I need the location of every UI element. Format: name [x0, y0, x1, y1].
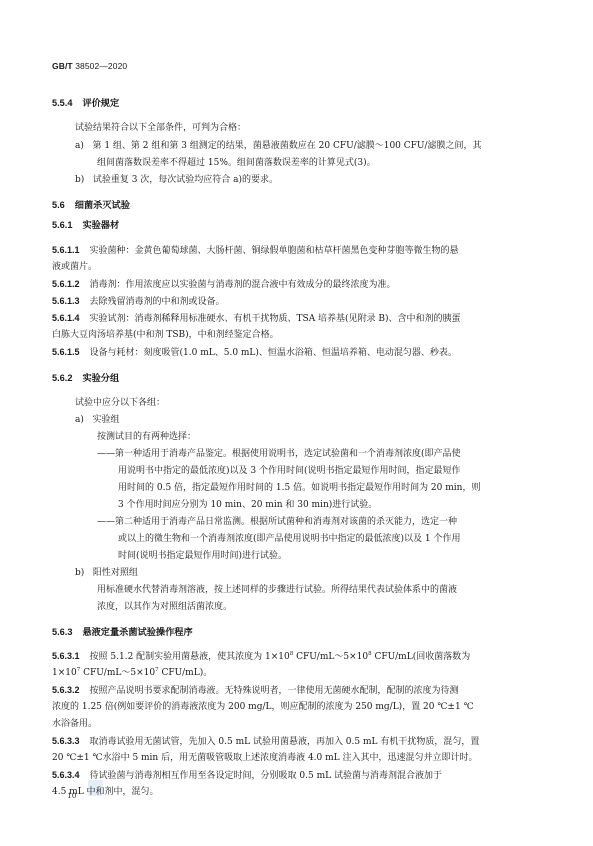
clause-number: 5.6.3.4: [52, 770, 80, 780]
section-number: 5.6.1: [52, 220, 72, 230]
clause-5-6-3-2: 5.6.3.2按照产品说明书要求配制消毒液。无特殊说明者，一律使用无菌硬水配制，…: [52, 684, 459, 697]
clause-text: 1×10: [52, 668, 77, 678]
section-number: 5.5.4: [52, 98, 72, 108]
clause-text: CFU/mL(回收菌落数为: [372, 652, 471, 662]
section-title: 悬液定量杀菌试验操作程序: [82, 627, 192, 637]
clause-5-6-3-1-cont: 1×107 CFU/mL～5×107 CFU/mL)。: [52, 667, 212, 679]
clause-5-6-1-4: 5.6.1.4实验试剂：消毒剂稀释用标准硬水、有机干扰物质、TSA 培养基(见附…: [52, 312, 461, 325]
clause-number: 5.6.3.1: [52, 651, 80, 661]
clause-5-6-1-4-cont: 白胨大豆肉汤培养基(中和剂 TSB)，中和剂经鉴定合格。: [52, 329, 279, 341]
paragraph: 按测试目的有两种选择：: [97, 431, 196, 443]
clause-number: 5.6.1.5: [52, 347, 80, 357]
clause-5-6-3-2-cont: 浓度的 1.25 倍(例如要评价的消毒液浓度为 200 mg/L，则应配制的浓度…: [52, 701, 474, 713]
clause-5-6-3-3-cont: 20 ℃±1 ℃水浴中 5 min 后，用无菌吸管吸取上述浓度消毒液 4.0 m…: [52, 752, 478, 764]
clause-text: CFU/mL～5×10: [80, 668, 155, 678]
dash-item-1-cont: 用时间的 0.5 倍，指定最短作用时间的 1.5 倍。如说明书指定最短作用时间为…: [118, 482, 480, 494]
list-item-b: b) 试验重复 3 次，每次试验均应符合 a)的要求。: [75, 174, 278, 186]
section-title: 评价规定: [82, 98, 119, 108]
clause-5-6-3-3: 5.6.3.3取消毒试验用无菌试管，先加入 0.5 mL 试验用菌悬液，再加入 …: [52, 735, 479, 748]
clause-5-6-1-2: 5.6.1.2消毒剂：作用浓度应以实验菌与消毒剂的混合液中有效成分的最终浓度为准…: [52, 278, 396, 291]
heading-5-5-4: 5.5.4评价规定: [52, 97, 119, 109]
page-number: 10: [67, 791, 77, 800]
clause-text: 按照产品说明书要求配制消毒液。无特殊说明者，一律使用无菌硬水配制，配制的浓度为待…: [90, 686, 459, 696]
section-title: 细菌杀灭试验: [75, 200, 130, 210]
clause-5-6-1-1-cont: 液或菌片。: [52, 261, 97, 273]
clause-5-6-3-4: 5.6.3.4待试验菌与消毒剂相互作用至各设定时间，分别吸取 0.5 mL 试验…: [52, 769, 442, 782]
heading-5-6-2: 5.6.2实验分组: [52, 372, 119, 384]
clause-text: CFU/mL)。: [159, 668, 213, 678]
heading-5-6: 5.6细菌杀灭试验: [52, 199, 130, 211]
clause-number: 5.6.1.2: [52, 279, 80, 289]
standard-number: 38502—2020: [75, 61, 127, 71]
section-number: 5.6.2: [52, 373, 72, 383]
clause-number: 5.6.1.3: [52, 296, 80, 306]
clause-number: 5.6.3.3: [52, 736, 80, 746]
section-title: 实验器材: [82, 220, 119, 230]
heading-5-6-1: 5.6.1实验器材: [52, 219, 119, 231]
list-item-b: b) 阳性对照组: [75, 567, 138, 579]
clause-text: 去除残留消毒剂的中和剂或设备。: [90, 297, 225, 307]
clause-5-6-1-5: 5.6.1.5设备与耗材：刻度吸管(1.0 mL、5.0 mL)、恒温水浴箱、恒…: [52, 346, 457, 359]
clause-text: 取消毒试验用无菌试管，先加入 0.5 mL 试验用菌悬液，再加入 0.5 mL …: [90, 737, 480, 747]
clause-text: 按照 5.1.2 配制实验用菌悬液，使其浓度为 1×10: [90, 652, 290, 662]
section-title: 实验分组: [82, 373, 119, 383]
list-item-a: a) 实验组: [75, 414, 119, 426]
clause-number: 5.6.1.4: [52, 313, 80, 323]
clause-5-6-1-3: 5.6.1.3去除残留消毒剂的中和剂或设备。: [52, 295, 225, 308]
dash-item-2: ——第二种适用于消毒产品日常监测。根据所试菌种和消毒剂对该菌的杀灭能力，选定一种: [97, 516, 457, 528]
paragraph: 试验结果符合以下全部条件，可判为合格：: [75, 122, 246, 134]
clause-5-6-3-1: 5.6.3.1按照 5.1.2 配制实验用菌悬液，使其浓度为 1×108 CFU…: [52, 650, 470, 663]
clause-5-6-1-1: 5.6.1.1实验菌种：金黄色葡萄球菌、大肠杆菌、铜绿假单胞菌和枯草杆菌黑色变种…: [52, 244, 459, 257]
dash-item-2-cont: 时间(说明书指定最短作用时间)进行试验。: [118, 550, 287, 562]
heading-5-6-3: 5.6.3悬液定量杀菌试验操作程序: [52, 626, 193, 638]
document-page: GB/T 38502—2020 5.5.4评价规定 试验结果符合以下全部条件，可…: [0, 0, 593, 846]
standard-header: GB/T 38502—2020: [52, 61, 127, 71]
standard-prefix: GB/T: [52, 61, 73, 71]
clause-number: 5.6.3.2: [52, 685, 80, 695]
list-item-a-cont: 组间菌落数误差率不得超过 15%。组间菌落数误差率的计算见式(3)。: [97, 157, 376, 169]
paragraph: 试验中应分以下各组：: [75, 397, 165, 409]
clause-text: CFU/mL～5×10: [293, 652, 368, 662]
section-number: 5.6.3: [52, 627, 72, 637]
clause-text: 实验菌种：金黄色葡萄球菌、大肠杆菌、铜绿假单胞菌和枯草杆菌黑色变种芽胞等微生物的…: [90, 246, 459, 256]
dash-item-1-cont: 3 个作用时间应分别为 10 min、20 min 和 30 min)进行试验。: [118, 499, 377, 511]
dash-item-1: ——第一种适用于消毒产品鉴定。根据使用说明书，选定试验菌和一个消毒剂浓度(即产品…: [97, 448, 461, 460]
clause-text: 实验试剂：消毒剂稀释用标准硬水、有机干扰物质、TSA 培养基(见附录 B)、含中…: [90, 314, 461, 324]
clause-text: 消毒剂：作用浓度应以实验菌与消毒剂的混合液中有效成分的最终浓度为准。: [90, 280, 396, 290]
clause-5-6-3-2-cont: 水浴备用。: [52, 718, 97, 730]
paragraph-cont: 浓度，以其作为对照组活菌浓度。: [97, 601, 232, 613]
section-number: 5.6: [52, 200, 65, 210]
dash-item-1-cont: 用说明书中指定的最低浓度)以及 3 个作用时间(说明书指定最短作用时间，指定最短…: [118, 465, 460, 477]
clause-text: 待试验菌与消毒剂相互作用至各设定时间，分别吸取 0.5 mL 试验菌与消毒剂混合…: [90, 771, 442, 781]
dash-item-2-cont: 或以上的微生物和一个消毒剂浓度(即产品使用说明书中指定的最低浓度)以及 1 个作…: [118, 533, 460, 545]
clause-number: 5.6.1.1: [52, 245, 80, 255]
paragraph: 用标准硬水代替消毒剂溶液，按上述同样的步骤进行试验。所得结果代表试验体系中的菌液: [97, 584, 457, 596]
list-item-a: a) 第 1 组、第 2 组和第 3 组测定的结果，菌悬液菌数应在 20 CFU…: [75, 140, 482, 152]
clause-text: 设备与耗材：刻度吸管(1.0 mL、5.0 mL)、恒温水浴箱、恒温培养箱、电动…: [90, 348, 457, 358]
